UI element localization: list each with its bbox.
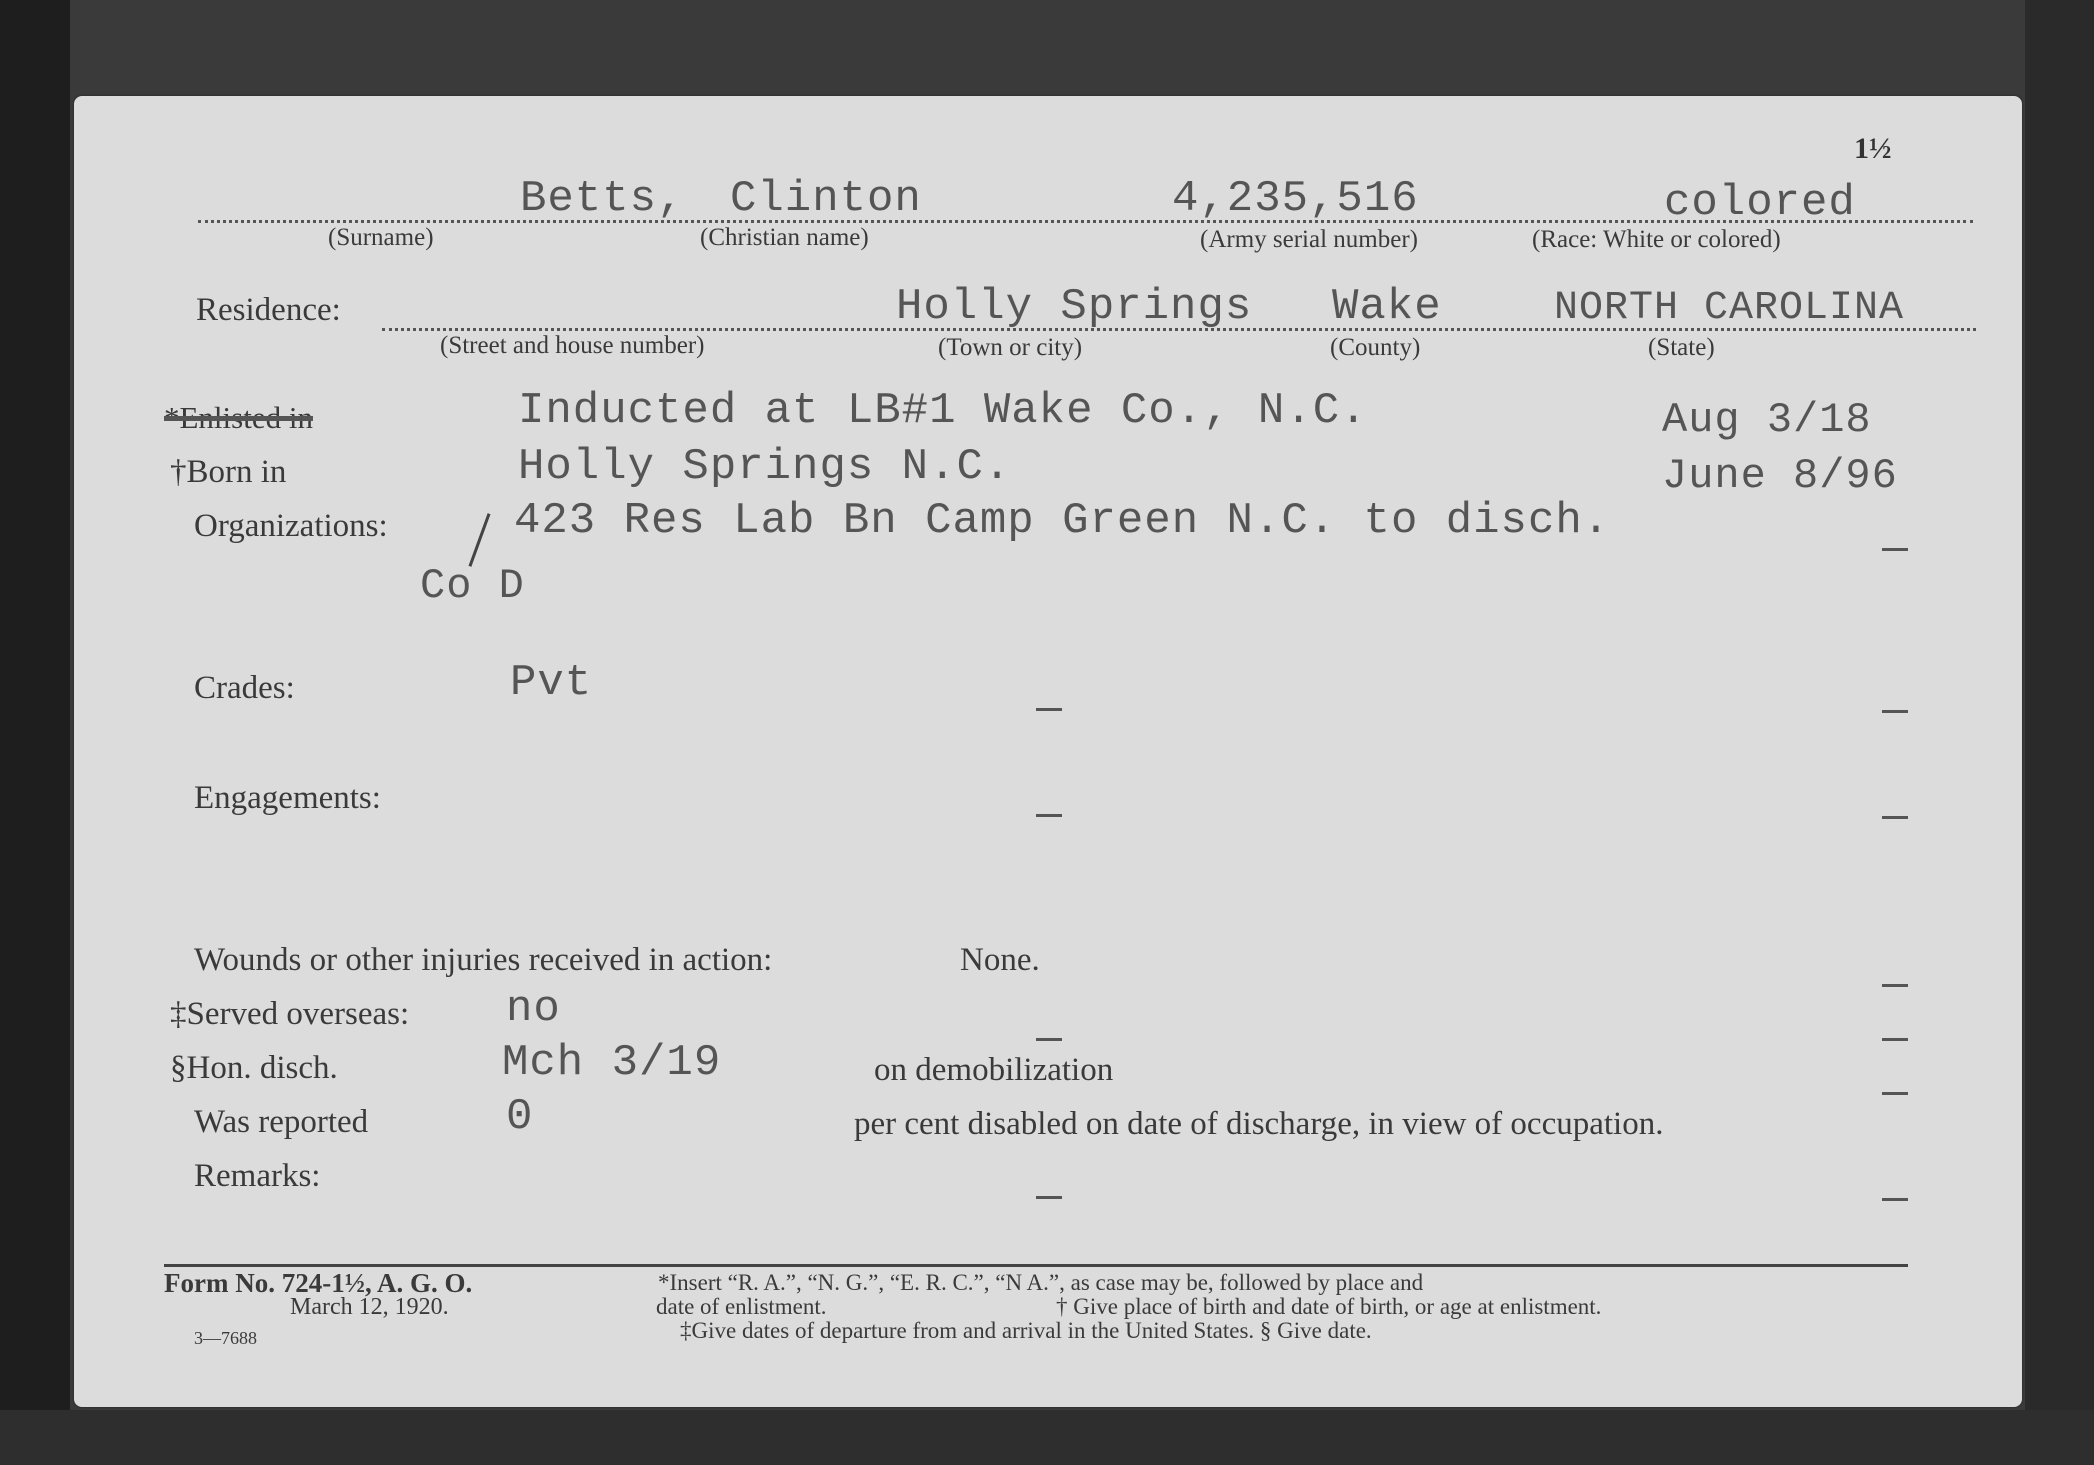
surname-label: (Surname)	[328, 224, 434, 252]
enlisted-label: *Enlisted in	[164, 400, 313, 436]
organizations-value: 423 Res Lab Bn Camp Green N.C. to disch.	[514, 496, 1610, 546]
race-label: (Race: White or colored)	[1532, 226, 1781, 254]
print-code: 3—7688	[194, 1328, 257, 1349]
hon-disch-note: on demobilization	[874, 1052, 1113, 1089]
footnote-overseas: ‡Give dates of departure from and arriva…	[680, 1318, 1372, 1344]
margin-dash	[1036, 1038, 1062, 1041]
organization-slash-mark	[469, 513, 491, 567]
town-label: (Town or city)	[938, 334, 1082, 362]
residence-state: NORTH CAROLINA	[1554, 286, 1904, 331]
was-reported-note: per cent disabled on date of discharge, …	[854, 1106, 1663, 1143]
company-value: Co D	[420, 562, 525, 610]
enlisted-date: Aug 3/18	[1662, 396, 1872, 444]
serial-number-label: (Army serial number)	[1200, 226, 1418, 254]
footnote-born: † Give place of birth and date of birth,…	[1056, 1294, 1601, 1320]
hon-disch-label: §Hon. disch.	[170, 1050, 338, 1087]
residence-label: Residence:	[196, 292, 341, 329]
street-label: (Street and house number)	[440, 332, 705, 360]
margin-dash	[1882, 1092, 1908, 1095]
residence-town: Holly Springs	[896, 282, 1252, 332]
christian-name-label: (Christian name)	[700, 224, 869, 252]
scanner-right-border	[2025, 0, 2094, 1465]
engagements-label: Engagements:	[194, 780, 381, 817]
was-reported-value: 0	[506, 1092, 533, 1142]
served-overseas-label: ‡Served overseas:	[170, 996, 409, 1033]
margin-dash	[1882, 548, 1908, 551]
margin-dash	[1882, 984, 1908, 987]
serial-number-value: 4,235,516	[1172, 174, 1419, 224]
footnote-enlisted-cont: date of enlistment.	[656, 1294, 827, 1320]
enlisted-value: Inducted at LB#1 Wake Co., N.C.	[518, 386, 1368, 436]
wounds-value: None.	[960, 942, 1040, 979]
residence-county: Wake	[1332, 282, 1442, 332]
born-date: June 8/96	[1662, 452, 1898, 500]
remarks-label: Remarks:	[194, 1158, 320, 1195]
footer-rule	[164, 1264, 1908, 1267]
footnote-enlisted: *Insert “R. A.”, “N. G.”, “E. R. C.”, “N…	[658, 1270, 1423, 1296]
born-value: Holly Springs N.C.	[518, 442, 1011, 492]
margin-dash	[1882, 816, 1908, 819]
form-size-mark: 1½	[1854, 132, 1892, 166]
service-record-card: 1½ Betts, Clinton 4,235,516 colored (Sur…	[74, 96, 2022, 1407]
state-label: (State)	[1648, 334, 1715, 362]
margin-dash	[1882, 1198, 1908, 1201]
born-label: †Born in	[170, 454, 286, 491]
margin-dash	[1036, 708, 1062, 711]
hon-disch-value: Mch 3/19	[502, 1038, 721, 1088]
christian-name-value: Clinton	[730, 174, 922, 224]
margin-dash	[1882, 710, 1908, 713]
form-date: March 12, 1920.	[290, 1294, 449, 1321]
scanner-bottom-border	[0, 1410, 2094, 1465]
margin-dash	[1882, 1038, 1908, 1041]
race-value: colored	[1664, 178, 1856, 228]
grades-label: Crades:	[194, 670, 295, 707]
served-overseas-value: no	[506, 984, 561, 1034]
was-reported-label: Was reported	[194, 1104, 368, 1141]
wounds-label: Wounds or other injuries received in act…	[194, 942, 772, 979]
grades-value: Pvt	[510, 658, 592, 708]
county-label: (County)	[1330, 334, 1420, 362]
margin-dash	[1036, 1196, 1062, 1199]
scanner-left-border	[0, 0, 70, 1465]
organizations-label: Organizations:	[194, 508, 388, 545]
surname-value: Betts,	[520, 174, 684, 224]
margin-dash	[1036, 814, 1062, 817]
